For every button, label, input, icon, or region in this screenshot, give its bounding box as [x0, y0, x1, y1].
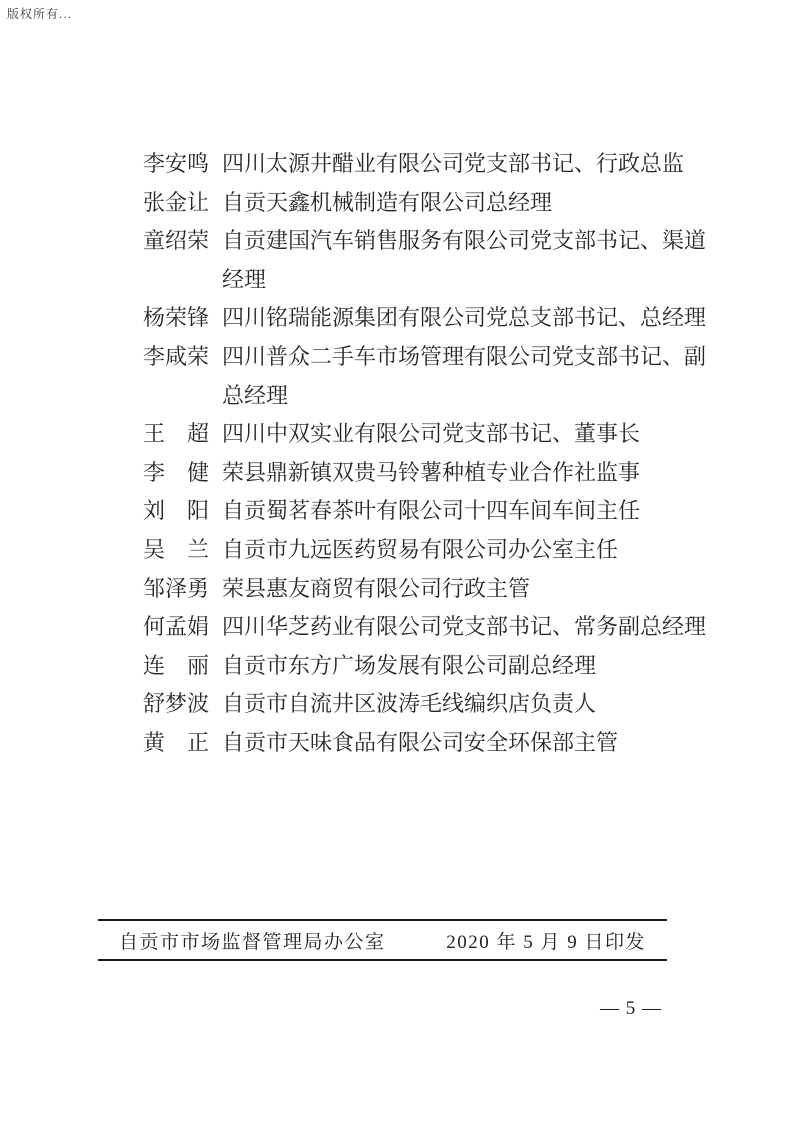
- roster-entry: 李 健 荣县鼎新镇双贵马铃薯种植专业合作社监事: [143, 454, 713, 493]
- person-position: 自贡蜀茗春茶叶有限公司十四车间车间主任: [222, 492, 713, 531]
- person-position: 荣县鼎新镇双贵马铃薯种植专业合作社监事: [222, 454, 713, 493]
- person-position: 四川华芝药业有限公司党支部书记、常务副总经理: [222, 608, 713, 647]
- roster-entry: 王 超 四川中双实业有限公司党支部书记、董事长: [143, 415, 713, 454]
- person-position: 四川普众二手车市场管理有限公司党支部书记、副总经理: [222, 338, 713, 415]
- person-name: 童绍荣: [143, 222, 209, 261]
- roster-entry: 杨荣锋 四川铭瑞能源集团有限公司党总支部书记、总经理: [143, 299, 713, 338]
- person-name: 舒梦波: [143, 685, 209, 724]
- person-name: 吴 兰: [143, 531, 209, 570]
- roster-entry: 童绍荣 自贡建国汽车销售服务有限公司党支部书记、渠道经理: [143, 222, 713, 299]
- person-position: 荣县惠友商贸有限公司行政主管: [222, 570, 713, 609]
- roster-entry: 黄 正 自贡市天味食品有限公司安全环保部主管: [143, 724, 713, 763]
- roster-entry: 李安鸣 四川太源井醋业有限公司党支部书记、行政总监: [143, 145, 713, 184]
- page-number: — 5 —: [600, 998, 662, 1020]
- person-name: 李咸荣: [143, 338, 209, 377]
- roster-entry: 舒梦波 自贡市自流井区波涛毛线编织店负责人: [143, 685, 713, 724]
- person-position: 自贡市东方广场发展有限公司副总经理: [222, 647, 713, 686]
- person-name: 黄 正: [143, 724, 209, 763]
- person-name: 何孟娟: [143, 608, 209, 647]
- person-name: 邹泽勇: [143, 570, 209, 609]
- person-name: 刘 阳: [143, 492, 209, 531]
- person-position: 自贡天鑫机械制造有限公司总经理: [222, 184, 713, 223]
- document-page: 版权所有... 李安鸣 四川太源井醋业有限公司党支部书记、行政总监 张金让 自贡…: [0, 0, 793, 1122]
- person-name: 杨荣锋: [143, 299, 209, 338]
- person-name: 李安鸣: [143, 145, 209, 184]
- person-position: 四川中双实业有限公司党支部书记、董事长: [222, 415, 713, 454]
- roster-entry: 邹泽勇 荣县惠友商贸有限公司行政主管: [143, 570, 713, 609]
- roster-entry: 连 丽 自贡市东方广场发展有限公司副总经理: [143, 647, 713, 686]
- roster-list: 李安鸣 四川太源井醋业有限公司党支部书记、行政总监 张金让 自贡天鑫机械制造有限…: [143, 145, 713, 763]
- person-position: 四川太源井醋业有限公司党支部书记、行政总监: [222, 145, 713, 184]
- roster-entry: 吴 兰 自贡市九远医药贸易有限公司办公室主任: [143, 531, 713, 570]
- person-position: 四川铭瑞能源集团有限公司党总支部书记、总经理: [222, 299, 713, 338]
- person-name: 张金让: [143, 184, 209, 223]
- person-name: 连 丽: [143, 647, 209, 686]
- person-name: 李 健: [143, 454, 209, 493]
- print-date: 2020 年 5 月 9 日印发: [446, 927, 646, 954]
- roster-entry: 何孟娟 四川华芝药业有限公司党支部书记、常务副总经理: [143, 608, 713, 647]
- person-name: 王 超: [143, 415, 209, 454]
- roster-entry: 李咸荣 四川普众二手车市场管理有限公司党支部书记、副总经理: [143, 338, 713, 415]
- person-position: 自贡市九远医药贸易有限公司办公室主任: [222, 531, 713, 570]
- copyright-watermark: 版权所有...: [7, 5, 72, 22]
- person-position: 自贡建国汽车销售服务有限公司党支部书记、渠道经理: [222, 222, 713, 299]
- roster-entry: 刘 阳 自贡蜀茗春茶叶有限公司十四车间车间主任: [143, 492, 713, 531]
- person-position: 自贡市天味食品有限公司安全环保部主管: [222, 724, 713, 763]
- issuing-office: 自贡市市场监督管理局办公室: [119, 927, 386, 954]
- person-position: 自贡市自流井区波涛毛线编织店负责人: [222, 685, 713, 724]
- roster-entry: 张金让 自贡天鑫机械制造有限公司总经理: [143, 184, 713, 223]
- colophon-bar: 自贡市市场监督管理局办公室 2020 年 5 月 9 日印发: [98, 919, 667, 961]
